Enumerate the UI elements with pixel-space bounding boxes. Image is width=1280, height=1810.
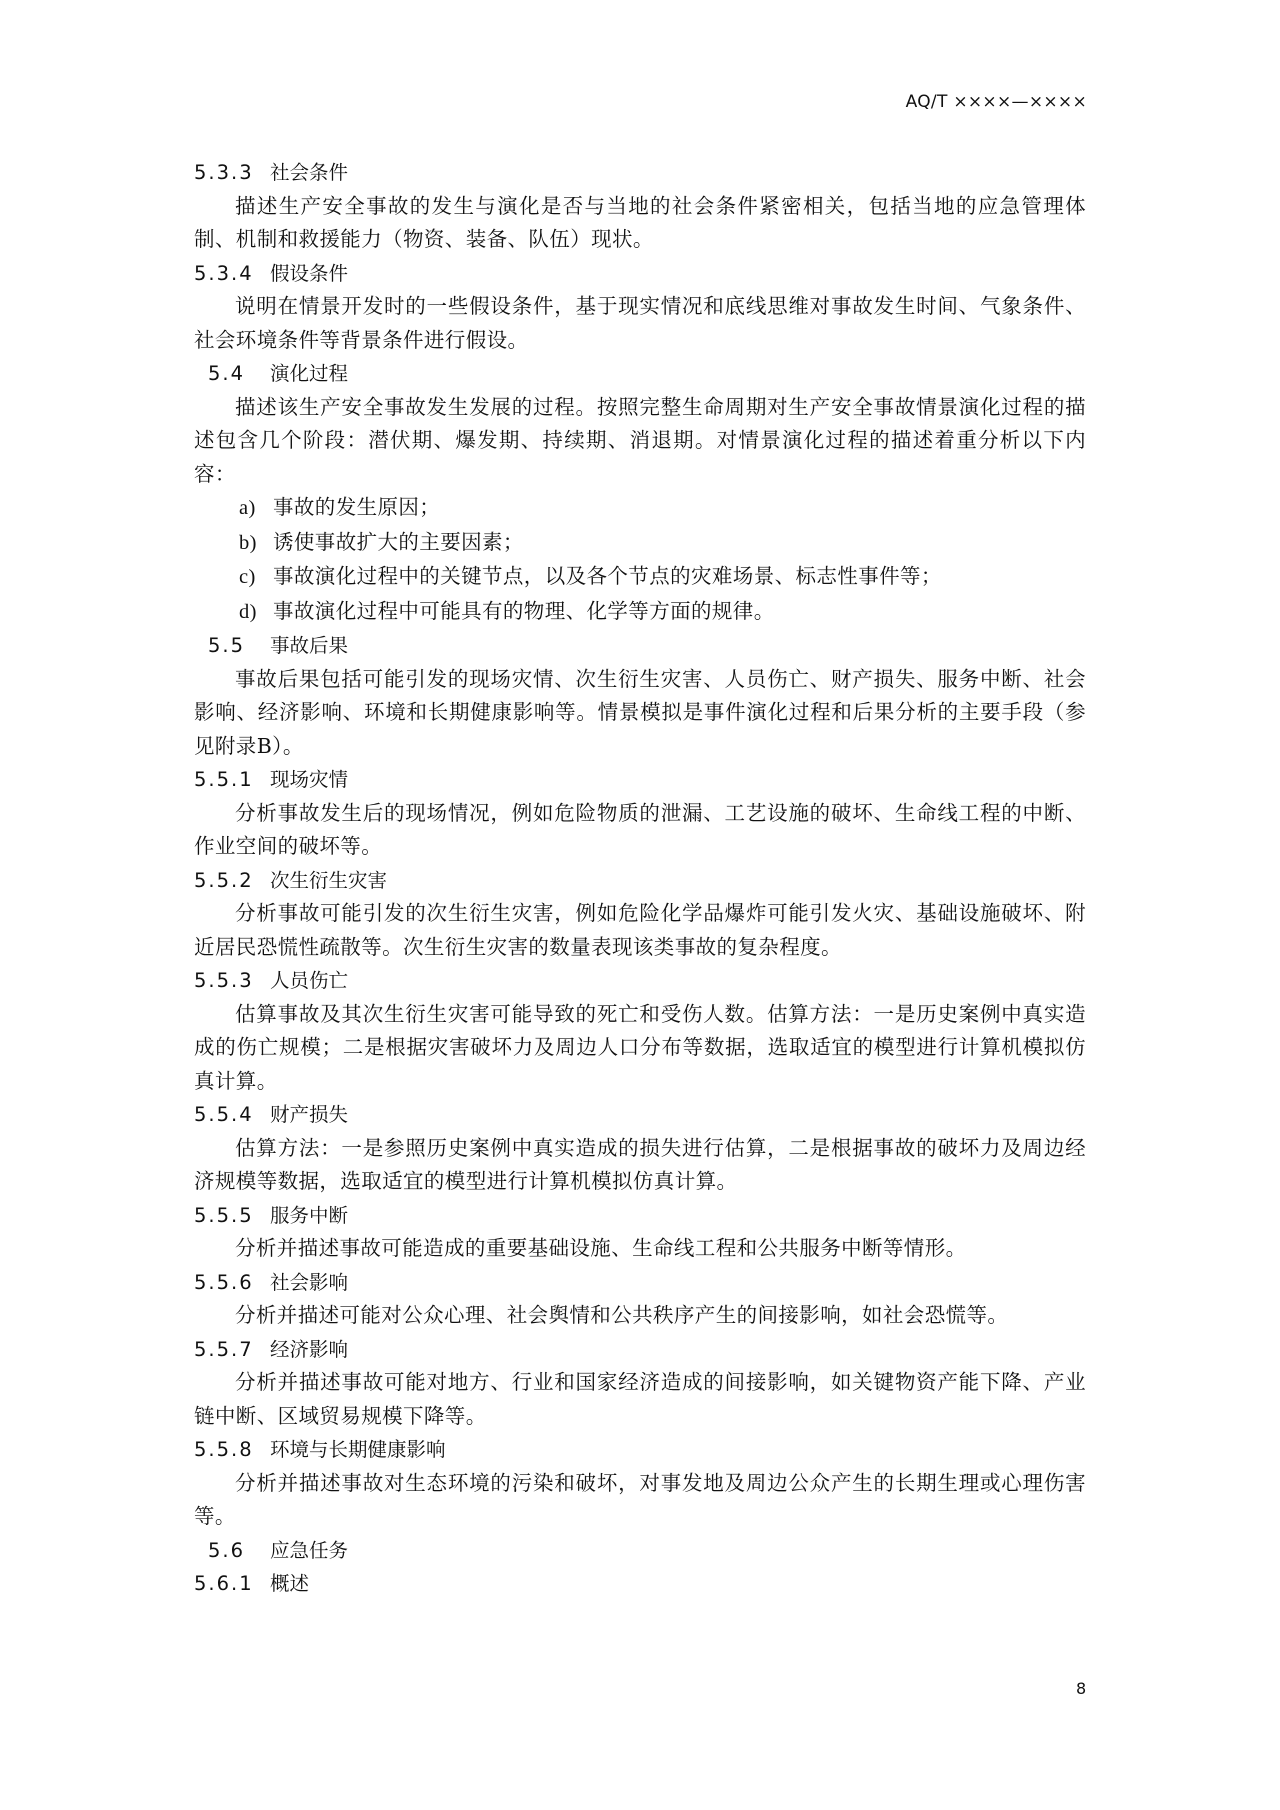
heading-5-3-4: 5.3.4假设条件 (194, 257, 1086, 291)
section-title: 演化过程 (270, 357, 348, 391)
section-number: 5.5.4 (194, 1098, 270, 1132)
list-marker: a) (239, 492, 273, 526)
paragraph-5-5-5: 分析并描述事故可能造成的重要基础设施、生命线工程和公共服务中断等情形。 (194, 1232, 1086, 1266)
document-body: 5.3.3社会条件 描述生产安全事故的发生与演化是否与当地的社会条件紧密相关，包… (194, 156, 1086, 1601)
section-title: 环境与长期健康影响 (270, 1433, 446, 1467)
heading-5-6: 5.6应急任务 (194, 1534, 1086, 1568)
section-title: 假设条件 (270, 257, 348, 291)
list-item-text: 事故演化过程中的关键节点，以及各个节点的灾难场景、标志性事件等； (273, 564, 942, 588)
section-title: 现场灾情 (270, 763, 348, 797)
list-item-text: 诱使事故扩大的主要因素； (273, 530, 524, 554)
paragraph-5-5: 事故后果包括可能引发的现场灾情、次生衍生灾害、人员伤亡、财产损失、服务中断、社会… (194, 663, 1086, 764)
section-number: 5.5.2 (194, 864, 270, 898)
heading-5-5-6: 5.5.6社会影响 (194, 1266, 1086, 1300)
section-title: 财产损失 (270, 1098, 348, 1132)
heading-5-5-4: 5.5.4财产损失 (194, 1098, 1086, 1132)
section-title: 应急任务 (270, 1534, 348, 1568)
section-number: 5.3.4 (194, 257, 270, 291)
heading-5-5-3: 5.5.3人员伤亡 (194, 964, 1086, 998)
heading-5-4: 5.4演化过程 (194, 357, 1086, 391)
section-title: 人员伤亡 (270, 964, 348, 998)
paragraph-5-3-4: 说明在情景开发时的一些假设条件，基于现实情况和底线思维对事故发生时间、气象条件、… (194, 290, 1086, 357)
list-item: d)事故演化过程中可能具有的物理、化学等方面的规律。 (194, 595, 1086, 630)
paragraph-5-5-7: 分析并描述事故可能对地方、行业和国家经济造成的间接影响，如关键物资产能下降、产业… (194, 1366, 1086, 1433)
heading-5-3-3: 5.3.3社会条件 (194, 156, 1086, 190)
heading-5-5-5: 5.5.5服务中断 (194, 1199, 1086, 1233)
heading-5-5-2: 5.5.2次生衍生灾害 (194, 864, 1086, 898)
section-number: 5.5 (208, 629, 270, 663)
section-title: 社会影响 (270, 1266, 348, 1300)
heading-5-6-1: 5.6.1概述 (194, 1567, 1086, 1601)
section-number: 5.5.6 (194, 1266, 270, 1300)
section-number: 5.6.1 (194, 1567, 270, 1601)
list-item: c)事故演化过程中的关键节点，以及各个节点的灾难场景、标志性事件等； (194, 560, 1086, 595)
standard-code-header: AQ/T ××××—×××× (906, 92, 1087, 112)
list-item-text: 事故的发生原因； (273, 495, 440, 519)
section-number: 5.4 (208, 357, 270, 391)
paragraph-5-5-3: 估算事故及其次生衍生灾害可能导致的死亡和受伤人数。估算方法：一是历史案例中真实造… (194, 998, 1086, 1099)
list-item: b)诱使事故扩大的主要因素； (194, 526, 1086, 561)
section-title: 服务中断 (270, 1199, 348, 1233)
section-number: 5.3.3 (194, 156, 270, 190)
section-title: 事故后果 (270, 629, 348, 663)
list-marker: d) (239, 596, 273, 630)
paragraph-5-5-2: 分析事故可能引发的次生衍生灾害，例如危险化学品爆炸可能引发火灾、基础设施破坏、附… (194, 897, 1086, 964)
paragraph-5-5-6: 分析并描述可能对公众心理、社会舆情和公共秩序产生的间接影响，如社会恐慌等。 (194, 1299, 1086, 1333)
section-title: 经济影响 (270, 1333, 348, 1367)
paragraph-5-5-4: 估算方法：一是参照历史案例中真实造成的损失进行估算，二是根据事故的破坏力及周边经… (194, 1132, 1086, 1199)
list-item-text: 事故演化过程中可能具有的物理、化学等方面的规律。 (273, 599, 775, 623)
paragraph-5-4: 描述该生产安全事故发生发展的过程。按照完整生命周期对生产安全事故情景演化过程的描… (194, 391, 1086, 492)
paragraph-5-5-1: 分析事故发生后的现场情况，例如危险物质的泄漏、工艺设施的破坏、生命线工程的中断、… (194, 797, 1086, 864)
paragraph-5-5-8: 分析并描述事故对生态环境的污染和破坏，对事发地及周边公众产生的长期生理或心理伤害… (194, 1467, 1086, 1534)
list-marker: b) (239, 527, 273, 561)
section-number: 5.5.5 (194, 1199, 270, 1233)
heading-5-5-8: 5.5.8环境与长期健康影响 (194, 1433, 1086, 1467)
section-title: 概述 (270, 1567, 309, 1601)
heading-5-5-1: 5.5.1现场灾情 (194, 763, 1086, 797)
page-number: 8 (1076, 1679, 1086, 1698)
section-title: 社会条件 (270, 156, 348, 190)
section-number: 5.5.3 (194, 964, 270, 998)
paragraph-5-3-3: 描述生产安全事故的发生与演化是否与当地的社会条件紧密相关，包括当地的应急管理体制… (194, 190, 1086, 257)
section-number: 5.5.8 (194, 1433, 270, 1467)
section-title: 次生衍生灾害 (270, 864, 387, 898)
list-item: a)事故的发生原因； (194, 491, 1086, 526)
section-number: 5.5.7 (194, 1333, 270, 1367)
section-number: 5.6 (208, 1534, 270, 1568)
heading-5-5: 5.5事故后果 (194, 629, 1086, 663)
list-marker: c) (239, 561, 273, 595)
section-number: 5.5.1 (194, 763, 270, 797)
heading-5-5-7: 5.5.7经济影响 (194, 1333, 1086, 1367)
